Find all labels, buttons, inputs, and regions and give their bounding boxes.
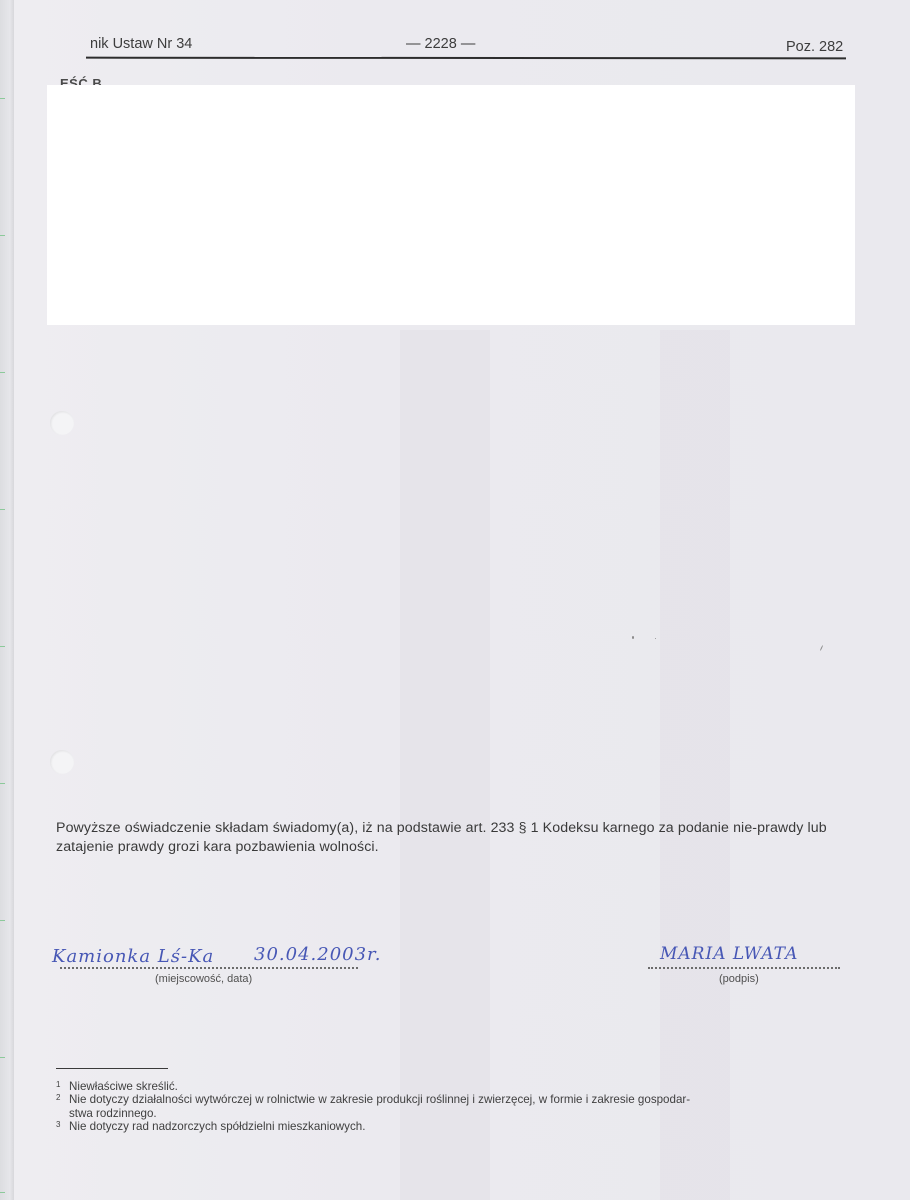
footnote: 1 Niewłaściwe skreślić. — [56, 1080, 856, 1093]
footnotes: 1 Niewłaściwe skreślić. 2 Nie dotyczy dz… — [56, 1080, 856, 1133]
footnote: 2 Nie dotyczy działalności wytwórczej w … — [56, 1093, 856, 1120]
margin-tick — [0, 235, 5, 236]
place-date-line — [60, 967, 358, 969]
footnote-mark: 1 — [56, 1080, 69, 1093]
margin-tick — [0, 98, 5, 99]
margin-tick — [0, 783, 5, 784]
margin-tick — [0, 509, 5, 510]
punch-hole — [50, 750, 74, 774]
margin-tick — [0, 920, 5, 921]
position-number: Poz. 282 — [786, 39, 843, 55]
declaration-text: Powyższe oświadczenie składam świadomy(a… — [56, 819, 856, 857]
handwritten-signature: MARIA LWATA — [660, 944, 798, 964]
place-date-caption: (miejscowość, data) — [155, 973, 252, 985]
scan-speck — [655, 638, 656, 639]
redacted-area — [47, 85, 855, 325]
handwritten-date: 30.04.2003r. — [254, 944, 381, 965]
scan-artifact — [660, 330, 730, 1200]
footnote-text: Nie dotyczy działalności wytwórczej w ro… — [69, 1093, 690, 1106]
footnote-continuation: stwa rodzinnego. — [69, 1107, 690, 1120]
margin-tick — [0, 372, 5, 373]
margin-tick — [0, 1057, 5, 1058]
punch-hole — [50, 411, 74, 435]
footnote-text: Nie dotyczy rad nadzorczych spółdzielni … — [69, 1120, 365, 1133]
signature-caption: (podpis) — [719, 973, 759, 985]
scanner-margin-strip — [0, 0, 14, 1200]
signature-line — [648, 967, 840, 969]
journal-title: nik Ustaw Nr 34 — [90, 36, 192, 52]
margin-tick — [0, 646, 5, 647]
scan-artifact — [400, 330, 490, 1200]
footnote-mark: 3 — [56, 1120, 69, 1133]
margin-tick — [0, 1192, 5, 1193]
footnote-rule — [56, 1068, 168, 1069]
footnote-mark: 2 — [56, 1093, 69, 1120]
scan-speck — [632, 636, 634, 639]
footnote-text: Niewłaściwe skreślić. — [69, 1080, 178, 1093]
page-number: — 2228 — — [406, 36, 475, 52]
handwritten-place: Kamionka Lś-Ka — [52, 946, 214, 967]
footnote: 3 Nie dotyczy rad nadzorczych spółdzieln… — [56, 1120, 856, 1133]
